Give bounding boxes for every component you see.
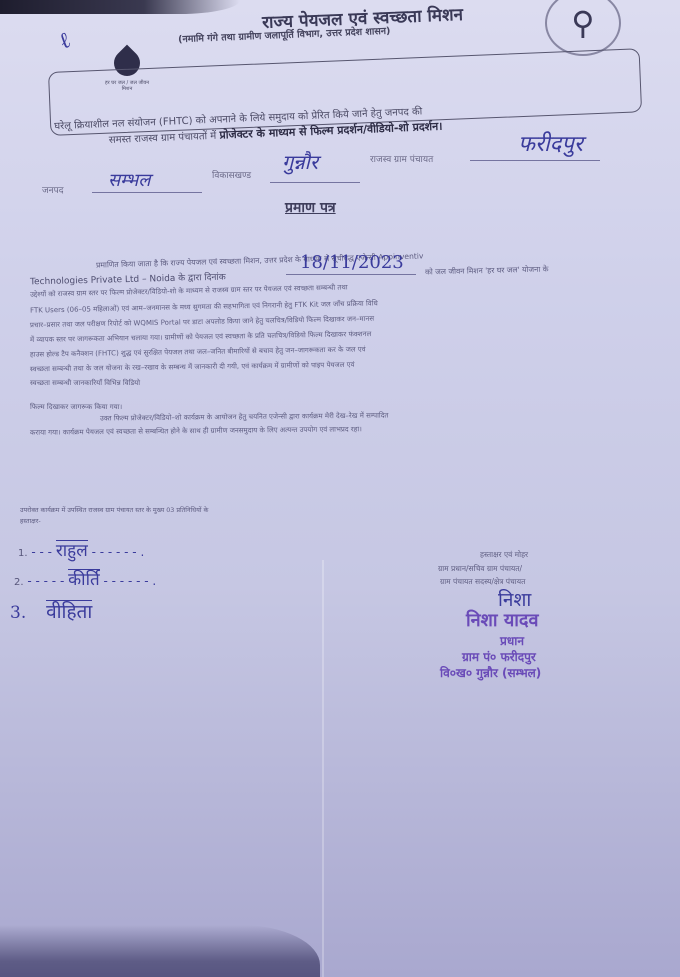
- stamp-block: वि०ख० गुन्नौर (सम्भल): [440, 664, 541, 681]
- signature-name: कीर्ति: [68, 569, 100, 590]
- signature-row-3: 3. वीहिता: [10, 598, 92, 624]
- body-line-5: प्रचार–प्रसार तथा जल परीक्षण रिपोर्ट को …: [30, 315, 374, 331]
- signature-name: राहुल: [56, 540, 88, 561]
- body-line-7: हाउस होल्ड टैप कनैक्शन (FHTC) शुद्ध एवं …: [30, 345, 366, 359]
- janpad-underline: [92, 192, 202, 193]
- banner-line-2-prefix: समस्त राजस्व ग्राम पंचायतों में: [109, 131, 217, 146]
- certificate-document: ℓ राज्य पेयजल एवं स्वच्छता मिशन (नमामि ग…: [0, 0, 680, 977]
- body-line-1: Technologies Private Ltd – Noida के द्वा…: [30, 270, 226, 288]
- gram-panchayat-underline: [470, 160, 600, 161]
- signature-name: वीहिता: [46, 600, 92, 623]
- signatory-label-2: ग्राम प्रधान/सचिव ग्राम पंचायत/: [438, 564, 522, 574]
- janpad-value: सम्भल: [108, 168, 150, 192]
- body-line-10: फिल्म दिखाकर जागरूक किया गया।: [30, 403, 122, 412]
- body-line-12: कराया गया। कार्यक्रम पेयजल एवं स्वच्छता …: [30, 425, 362, 437]
- representatives-intro-2: हस्ताक्षर-: [20, 516, 41, 525]
- signatory-label-1: हस्ताक्षर एवं मोहर: [480, 550, 528, 560]
- signature-number: 3.: [10, 603, 26, 623]
- program-date: 18/11/2023: [300, 252, 404, 273]
- vikaskhand-label: विकासखण्ड: [212, 168, 251, 181]
- vikaskhand-value: गुन्नौर: [282, 148, 318, 175]
- body-line-11: उक्त फिल्म प्रोजेक्टर/विडियो–शो कार्यक्र…: [100, 411, 389, 423]
- body-line-8: स्वच्छता सम्बन्धी तथा के जल योजना के रख–…: [30, 361, 355, 375]
- stamp-name: निशा यादव: [466, 608, 539, 632]
- date-underline: [286, 274, 416, 275]
- representatives-intro: उपरोक्त कार्यक्रम में उपस्थित राजस्व ग्र…: [20, 505, 208, 514]
- signature-number: 2.: [14, 577, 24, 588]
- page-subtitle: (नमामि गंगे तथा ग्रामीण जलापूर्ति विभाग,…: [178, 24, 391, 46]
- body-line-2: को जल जीवन मिशन 'हर घर जल' योजना के: [425, 264, 549, 277]
- vikaskhand-underline: [270, 182, 360, 183]
- up-state-emblem-icon: ⚲: [545, 0, 621, 56]
- janpad-label: जनपद: [42, 183, 64, 196]
- gram-panchayat-value: फरीदपुर: [518, 128, 583, 158]
- stamp-village: ग्राम पं० फरीदपुर: [462, 648, 536, 665]
- body-line-9: स्वच्छता सम्बन्धी जानकारियाँ विभिन्न विड…: [30, 379, 140, 388]
- signature-row-2: 2. - - - - - कीर्ति - - - - - - .: [14, 567, 156, 590]
- stamp-title: प्रधान: [500, 632, 524, 649]
- signature-number: 1.: [18, 548, 28, 559]
- body-line-4: FTK Users (06–05 महिलाओं) एवं आम–जनमानस …: [30, 299, 378, 315]
- gram-panchayat-label: राजस्व ग्राम पंचायत: [370, 152, 433, 165]
- signature-row-1: 1. - - - राहुल - - - - - - .: [18, 538, 144, 561]
- body-line-6: में व्यापक स्तर पर जागरूकता अभियान चलाया…: [30, 330, 371, 345]
- corner-pen-mark: ℓ: [54, 27, 75, 54]
- certificate-title: प्रमाण पत्र: [285, 198, 336, 217]
